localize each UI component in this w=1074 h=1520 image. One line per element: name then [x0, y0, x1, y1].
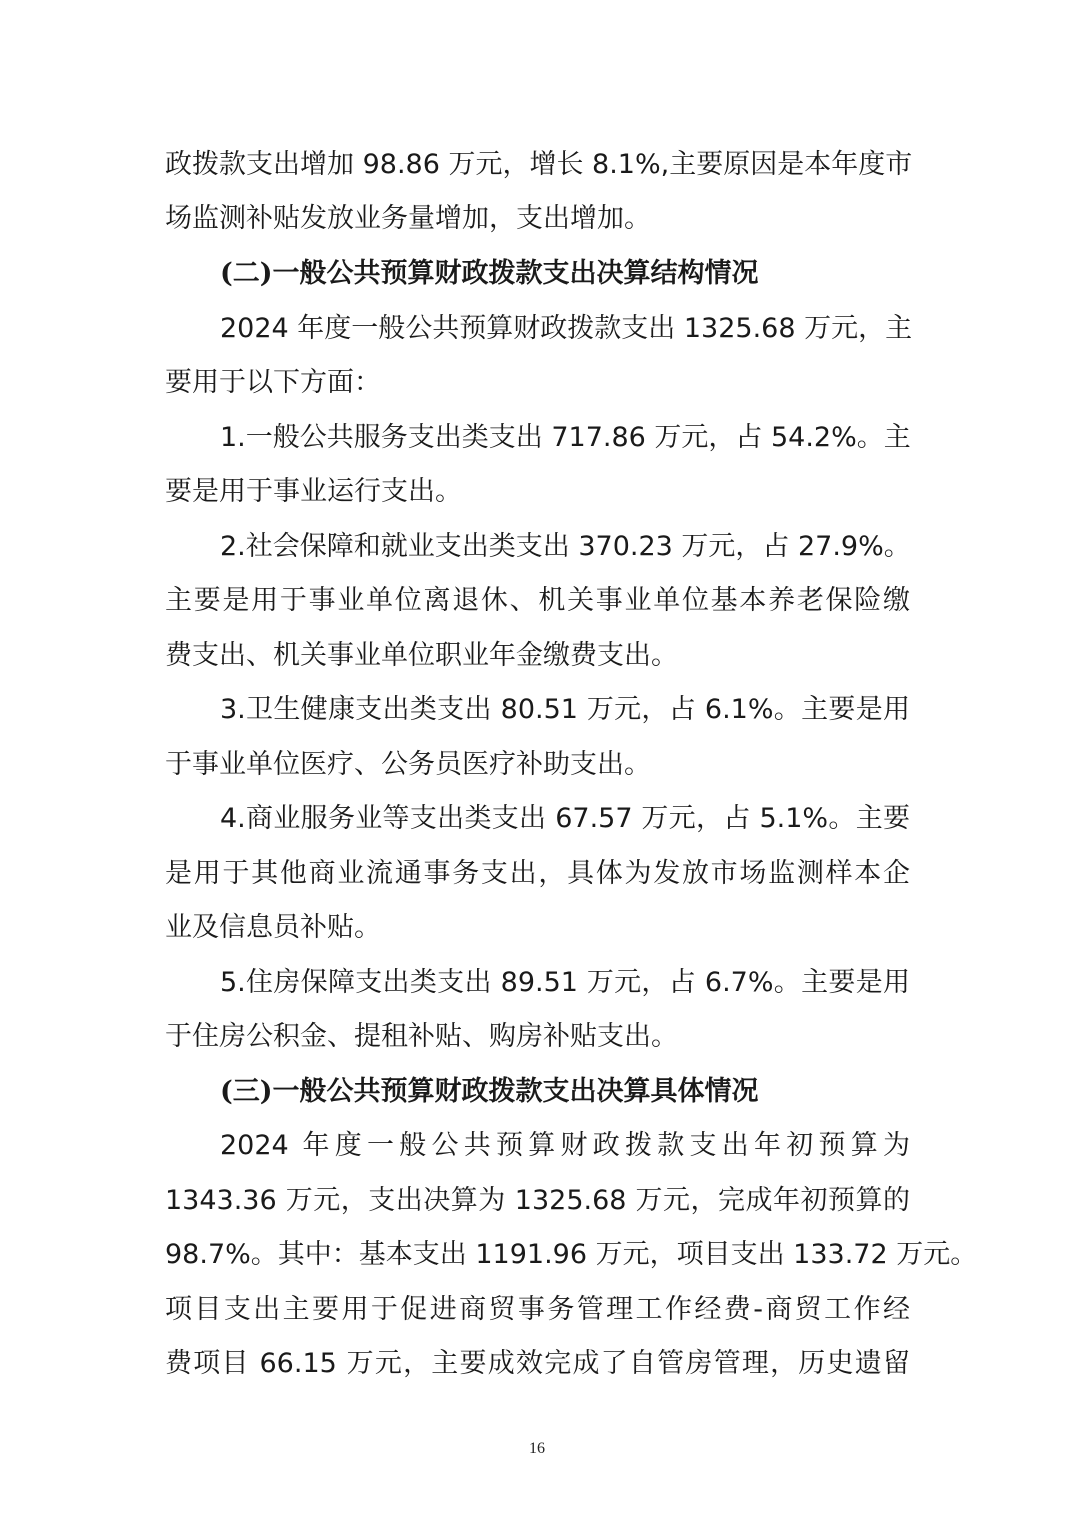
paragraph-line: 费支出、机关事业单位职业年金缴费支出。 [165, 636, 910, 676]
paragraph-line: 2024 年度一般公共预算财政拨款支出 1325.68 万元，主 [220, 309, 910, 349]
list-item-commerce: 4.商业服务业等支出类支出 67.57 万元，占 5.1%。主要 [220, 799, 910, 839]
paragraph-line: 费项目 66.15 万元，主要成效完成了自管房管理，历史遗留 [165, 1344, 910, 1384]
paragraph-line: 场监测补贴发放业务量增加，支出增加。 [165, 199, 910, 239]
paragraph-line: 主要是用于事业单位离退休、机关事业单位基本养老保险缴 [165, 581, 910, 621]
paragraph-line: 要是用于事业运行支出。 [165, 472, 910, 512]
paragraph-line: 业及信息员补贴。 [165, 908, 910, 948]
list-item-housing: 5.住房保障支出类支出 89.51 万元，占 6.7%。主要是用 [220, 963, 910, 1003]
document-page: 政拨款支出增加 98.86 万元，增长 8.1%,主要原因是本年度市 场监测补贴… [0, 0, 1074, 1520]
paragraph-line: 项目支出主要用于促进商贸事务管理工作经费-商贸工作经 [165, 1290, 910, 1330]
paragraph-line: 98.7%。其中：基本支出 1191.96 万元，项目支出 133.72 万元。 [165, 1235, 910, 1275]
list-item-health: 3.卫生健康支出类支出 80.51 万元，占 6.1%。主要是用 [220, 690, 910, 730]
paragraph-line: 要用于以下方面： [165, 363, 910, 403]
paragraph-line: 是用于其他商业流通事务支出，具体为发放市场监测样本企 [165, 854, 910, 894]
list-item-general-public-services: 1.一般公共服务支出类支出 717.86 万元，占 54.2%。主 [220, 418, 910, 458]
list-item-social-security: 2.社会保障和就业支出类支出 370.23 万元，占 27.9%。 [220, 527, 910, 567]
paragraph-line: 于住房公积金、提租补贴、购房补贴支出。 [165, 1017, 910, 1057]
section-heading-details: (三)一般公共预算财政拨款支出决算具体情况 [220, 1072, 910, 1112]
paragraph-line: 于事业单位医疗、公务员医疗补助支出。 [165, 745, 910, 785]
section-heading-structure: (二)一般公共预算财政拨款支出决算结构情况 [220, 254, 910, 294]
page-number: 16 [0, 1440, 1074, 1458]
paragraph-line: 政拨款支出增加 98.86 万元，增长 8.1%,主要原因是本年度市 [165, 145, 910, 185]
paragraph-line: 1343.36 万元，支出决算为 1325.68 万元，完成年初预算的 [165, 1181, 910, 1221]
paragraph-line: 2024 年度一般公共预算财政拨款支出年初预算为 [220, 1126, 910, 1166]
